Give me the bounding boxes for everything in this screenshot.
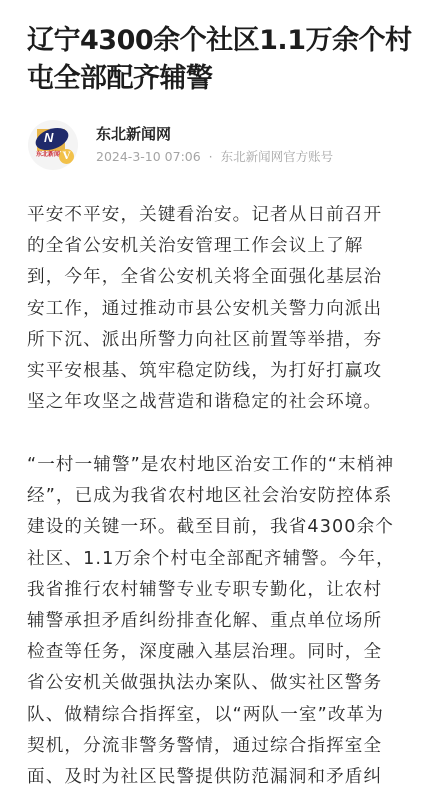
avatar[interactable]: N 东北新闻 V [28, 120, 78, 170]
avatar-logo-text: 东北新闻 [36, 151, 60, 158]
text-line: 辅警承担矛盾纠纷排查化解、重点单位场所 [27, 606, 422, 637]
publish-date: 2024-3-10 07:06 [96, 149, 201, 164]
text-line: 实平安根基、筑牢稳定防线，为打好打赢攻 [27, 356, 422, 387]
verified-badge-icon: V [59, 149, 74, 164]
text-line: 省公安机关做强执法办案队、做实社区警务 [27, 668, 422, 699]
text-line: 面、及时为社区民警提供防范漏洞和矛盾纠 [27, 762, 422, 793]
title-line: 屯全部配齐辅警 [27, 60, 427, 98]
text-line: 建设的关键一环。截至目前，我省4300余个 [27, 512, 422, 543]
title-line: 辽宁4300余个社区1.1万余个村 [27, 22, 427, 60]
author-row: N 东北新闻 V 东北新闻网 2024-3-10 07:06 · 东北新闻网官方… [28, 120, 428, 172]
meta-separator: · [209, 149, 213, 164]
text-line: 队、做精综合指挥室，以“两队一室”改革为 [27, 700, 422, 731]
text-line: 所下沉、派出所警力向社区前置等举措，夯 [27, 325, 422, 356]
text-line: 到，今年，全省公安机关将全面强化基层治 [27, 262, 422, 293]
author-meta: 2024-3-10 07:06 · 东北新闻网官方账号 [96, 147, 333, 165]
text-line: 安工作，通过推动市县公安机关警力向派出 [27, 294, 422, 325]
author-name[interactable]: 东北新闻网 [96, 123, 171, 144]
text-line: “一村一辅警”是农村地区治安工作的“末梢神 [27, 450, 422, 481]
paragraph-1: 平安不平安，关键看治安。记者从日前召开 的全省公安机关治安管理工作会议上了解 到… [27, 200, 422, 418]
text-line: 检查等任务，深度融入基层治理。同时，全 [27, 637, 422, 668]
logo-glyph: N [44, 131, 62, 145]
text-line: 我省推行农村辅警专业专职专勤化，让农村 [27, 575, 422, 606]
text-line: 平安不平安，关键看治安。记者从日前召开 [27, 200, 422, 231]
text-line: 社区、1.1万余个村屯全部配齐辅警。今年， [27, 544, 422, 575]
text-line: 的全省公安机关治安管理工作会议上了解 [27, 231, 422, 262]
paragraph-2: “一村一辅警”是农村地区治安工作的“末梢神 经”，已成为我省农村地区社会治安防控… [27, 450, 422, 793]
text-line: 坚之年攻坚之战营造和谐稳定的社会环境。 [27, 387, 422, 418]
text-line: 经”，已成为我省农村地区社会治安防控体系 [27, 481, 422, 512]
text-line: 契机，分流非警务警情，通过综合指挥室全 [27, 731, 422, 762]
account-type: 东北新闻网官方账号 [221, 149, 334, 164]
article-title: 辽宁4300余个社区1.1万余个村 屯全部配齐辅警 [27, 22, 427, 98]
